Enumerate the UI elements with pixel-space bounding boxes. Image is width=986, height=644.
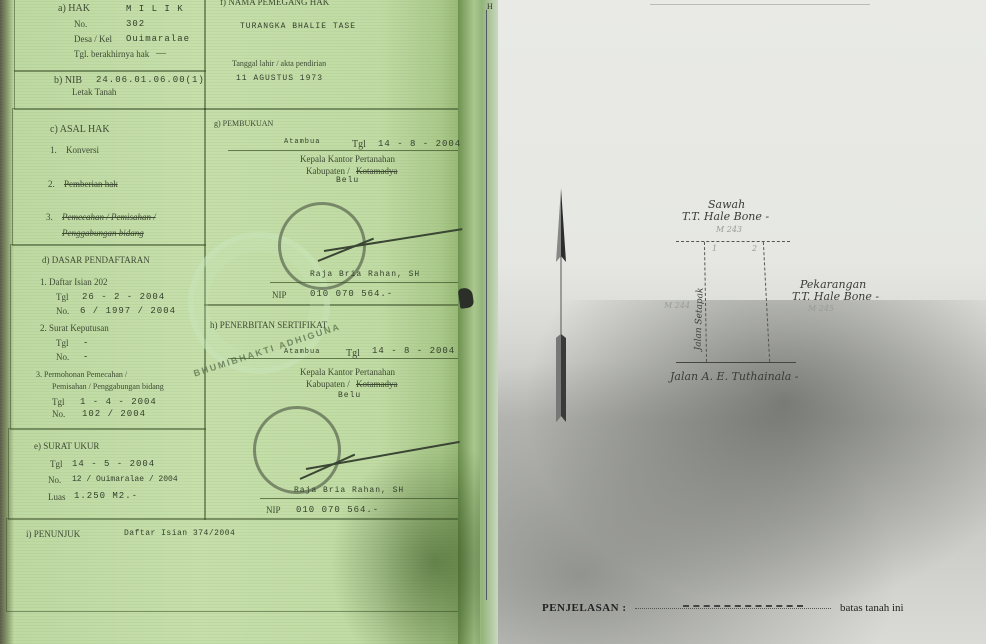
surat-ukur-label: e) SURAT UKUR bbox=[34, 441, 99, 451]
penerbitan-name-underline bbox=[260, 498, 458, 499]
surat-keputusan-label: 2. Surat Keputusan bbox=[40, 323, 109, 333]
asal-hak-item-3-num: 3. bbox=[46, 212, 53, 222]
legend-description: batas tanah ini bbox=[840, 602, 904, 614]
permohonan-no-label: No. bbox=[52, 409, 65, 419]
north-owner-label: T.T. Hale Bone - bbox=[682, 210, 769, 223]
asal-hak-label: c) ASAL HAK bbox=[50, 124, 110, 135]
tgl-berakhir-label: Tgl. berakhirnya hak bbox=[74, 49, 149, 59]
daftar-isian-tgl-value: 26 - 2 - 2004 bbox=[82, 292, 165, 302]
asal-hak-item-2: Pemberian hak bbox=[64, 179, 118, 189]
penerbitan-place: Atambua bbox=[284, 348, 320, 356]
hak-no-value: 302 bbox=[126, 19, 145, 29]
south-boundary-line bbox=[676, 362, 796, 363]
pembukuan-tgl-label: Tgl bbox=[352, 139, 366, 150]
daftar-isian-tgl-label: Tgl bbox=[56, 292, 69, 302]
pembukuan-official-name: Raja Bria Rahan, SH bbox=[310, 270, 420, 279]
pembukuan-label: g) PEMBUKUAN bbox=[214, 119, 273, 128]
pembukuan-nip-label: NIP bbox=[272, 290, 287, 300]
penerbitan-kabupaten-label: Kabupaten / bbox=[306, 379, 350, 389]
surat-keputusan-tgl-label: Tgl bbox=[56, 338, 69, 348]
desa-value: Ouimaralae bbox=[126, 34, 190, 44]
corner-3: 3 bbox=[764, 350, 769, 359]
surat-keputusan-no-label: No. bbox=[56, 352, 69, 362]
surat-ukur-tgl-label: Tgl bbox=[50, 459, 63, 469]
penerbitan-nip-label: NIP bbox=[266, 505, 281, 515]
nib-value: 24.06.01.06.00(1) bbox=[96, 75, 205, 85]
corner-2: 2 bbox=[752, 244, 757, 253]
asal-hak-item-2-num: 2. bbox=[48, 179, 55, 189]
north-arrow-icon bbox=[552, 188, 570, 424]
boundary-line-sample bbox=[635, 608, 831, 609]
penunjuk-label: i) PENUNJUK bbox=[26, 529, 80, 539]
cell-section-f bbox=[204, 0, 460, 110]
pembukuan-kabupaten-label: Kabupaten / bbox=[306, 166, 350, 176]
corner-4: 4 bbox=[720, 350, 725, 359]
pembukuan-tgl-value: 14 - 8 - 2004 bbox=[378, 139, 461, 149]
penerbitan-underline bbox=[228, 358, 458, 359]
penerbitan-tgl-label: Tgl bbox=[346, 348, 360, 359]
binding-edge-line bbox=[486, 10, 487, 600]
south-road-label: Jalan A. E. Tuthainala - bbox=[670, 370, 799, 383]
north-boundary-line bbox=[676, 241, 790, 242]
penerbitan-officer-title: Kepala Kantor Pertanahan bbox=[300, 367, 395, 377]
nama-pemegang-hak-label: f) NAMA PEMEGANG HAK bbox=[220, 0, 329, 7]
desa-label: Desa / Kel bbox=[74, 34, 112, 44]
daftar-isian-no-label: No. bbox=[56, 306, 69, 316]
penerbitan-tgl-value: 14 - 8 - 2004 bbox=[372, 346, 455, 356]
luas-value: 1.250 M2.- bbox=[74, 491, 138, 501]
west-ref-label: M 244 bbox=[664, 301, 690, 310]
penerbitan-official-name: Raja Bria Rahan, SH bbox=[294, 486, 404, 495]
permohonan-label: 3. Permohonan Pemecahan / bbox=[36, 370, 127, 379]
east-owner-label: T.T. Hale Bone - bbox=[792, 290, 879, 303]
holder-name: TURANGKA BHALIE TASE bbox=[240, 22, 356, 31]
hak-label: a) HAK bbox=[58, 3, 90, 14]
surat-ukur-no-label: No. bbox=[48, 475, 61, 485]
page-header-line bbox=[650, 0, 870, 5]
birth-label: Tanggal lahir / akta pendirian bbox=[232, 59, 326, 68]
letak-tanah-label: Letak Tanah bbox=[72, 87, 116, 97]
asal-hak-item-1: Konversi bbox=[66, 145, 99, 155]
permohonan-tgl-value: 1 - 4 - 2004 bbox=[80, 397, 157, 407]
asal-hak-item-3: Pemecahan / Pemisahan / bbox=[62, 212, 156, 222]
penerbitan-nip-value: 010 070 564.- bbox=[296, 505, 379, 515]
legend: PENJELASAN : batas tanah ini bbox=[542, 602, 904, 614]
penerbitan-kotamadya: Kotamadya bbox=[356, 379, 397, 389]
north-ref-label: M 243 bbox=[716, 225, 742, 234]
pembukuan-place: Atambua bbox=[284, 138, 320, 146]
surat-keputusan-no-value: - bbox=[84, 351, 87, 362]
daftar-isian-label: 1. Daftar Isian 202 bbox=[40, 277, 107, 287]
surat-ukur-tgl-value: 14 - 5 - 2004 bbox=[72, 459, 155, 469]
permohonan-label-cont: Pemisahan / Penggabungan bidang bbox=[52, 382, 164, 391]
east-ref-label: M 245 bbox=[808, 304, 834, 313]
asal-hak-item-1-num: 1. bbox=[50, 145, 57, 155]
penerbitan-sertifikat-label: h) PENERBITAN SERTIFIKAT bbox=[210, 320, 327, 330]
hak-no-label: No. bbox=[74, 19, 87, 29]
official-seal-stamp-bottom bbox=[253, 406, 341, 494]
pembukuan-underline bbox=[228, 150, 458, 151]
asal-hak-item-3-cont: Penggabungan bidang bbox=[62, 228, 144, 238]
birth-value: 11 AGUSTUS 1973 bbox=[236, 74, 323, 83]
hand-shadow-left bbox=[330, 440, 480, 644]
hak-value: M I L I K bbox=[126, 4, 184, 14]
permohonan-no-value: 102 / 2004 bbox=[82, 409, 146, 419]
luas-label: Luas bbox=[48, 492, 66, 502]
surat-ukur-no-value: 12 / Ouimaralae / 2004 bbox=[72, 475, 178, 484]
permohonan-tgl-label: Tgl bbox=[52, 397, 65, 407]
pembukuan-region: Belu bbox=[336, 176, 359, 185]
daftar-isian-no-value: 6 / 1997 / 2004 bbox=[80, 306, 176, 316]
dasar-pendaftaran-label: d) DASAR PENDAFTARAN bbox=[42, 255, 150, 265]
pembukuan-kotamadya: Kotamadya bbox=[356, 166, 397, 176]
pembukuan-officer-title: Kepala Kantor Pertanahan bbox=[300, 154, 395, 164]
surat-keputusan-tgl-value: - bbox=[84, 337, 87, 348]
penerbitan-region: Belu bbox=[338, 391, 361, 400]
pembukuan-nip-value: 010 070 564.- bbox=[310, 289, 393, 299]
tgl-berakhir-value: — bbox=[156, 48, 166, 59]
spine-mark: H bbox=[487, 2, 493, 11]
corner-1: 1 bbox=[712, 244, 717, 253]
penunjuk-value: Daftar Isian 374/2004 bbox=[124, 529, 235, 538]
pembukuan-name-underline bbox=[270, 282, 458, 283]
nib-label: b) NIB bbox=[54, 75, 82, 86]
legend-label: PENJELASAN : bbox=[542, 602, 627, 614]
